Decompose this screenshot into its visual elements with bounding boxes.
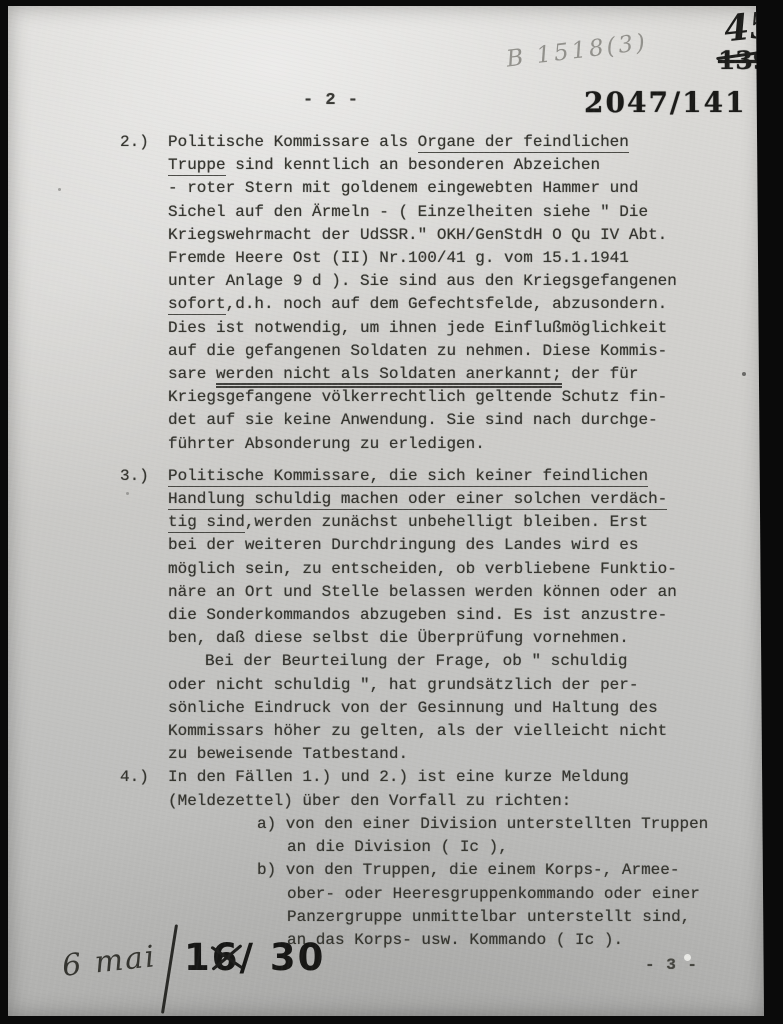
text-segment: In den Fällen 1.) und 2.) ist eine kurze… bbox=[168, 768, 629, 786]
text-line: ben, daß diese selbst die Überprüfung vo… bbox=[168, 627, 732, 650]
text-segment: näre an Ort und Stelle belassen werden k… bbox=[168, 583, 677, 601]
underlined-text: Handlung schuldig machen oder einer solc… bbox=[168, 490, 667, 510]
text-segment: sind kenntlich an besonderen Abzeichen bbox=[226, 156, 600, 174]
text-segment: det auf sie keine Anwendung. Sie sind na… bbox=[168, 411, 658, 429]
underlined-text: Politische Kommissare, die sich keiner f… bbox=[168, 467, 648, 487]
text-segment: Kommissars höher zu gelten, als der viel… bbox=[168, 722, 667, 740]
text-line: Kriegswehrmacht der UdSSR." OKH/GenStdH … bbox=[168, 224, 732, 247]
document-stamp-number: 2047/141 bbox=[584, 86, 747, 119]
underlined-text: sofort bbox=[168, 295, 226, 315]
text-segment: sönliche Eindruck von der Gesinnung und … bbox=[168, 699, 658, 717]
text-segment: Panzergruppe unmittelbar unterstellt sin… bbox=[287, 908, 690, 926]
text-line: Kriegsgefangene völkerrechtlich geltende… bbox=[168, 386, 732, 409]
text-line: bei der weiteren Durchdringung des Lande… bbox=[168, 534, 732, 557]
text-line: - roter Stern mit goldenem eingewebten H… bbox=[168, 177, 732, 200]
text-segment: b) von den Truppen, die einem Korps-, Ar… bbox=[257, 861, 679, 879]
text-line: Panzergruppe unmittelbar unterstellt sin… bbox=[287, 906, 732, 929]
text-line: (Meldezettel) über den Vorfall zu richte… bbox=[168, 790, 732, 813]
text-segment: Kriegsgefangene völkerrechtlich geltende… bbox=[168, 388, 667, 406]
paragraph: 2.)Politische Kommissare als Organe der … bbox=[120, 131, 732, 456]
paragraph: 3.)Politische Kommissare, die sich keine… bbox=[120, 465, 732, 767]
underlined-text: werden nicht als Soldaten anerkannt; bbox=[216, 365, 562, 388]
paragraph: 4.)In den Fällen 1.) und 2.) ist eine ku… bbox=[120, 766, 732, 952]
crossed-out-number: 139 bbox=[718, 46, 770, 75]
text-segment: Dies ist notwendig, um ihnen jede Einflu… bbox=[168, 319, 667, 337]
text-segment: a) von den einer Division unterstellten … bbox=[257, 815, 708, 833]
text-segment: führter Absonderung zu erledigen. bbox=[168, 435, 485, 453]
text-segment: an das Korps- usw. Kommando ( Ic ). bbox=[287, 931, 623, 949]
text-line: die Sonderkommandos abzugeben sind. Es i… bbox=[168, 604, 732, 627]
text-segment: oder nicht schuldig ", hat grundsätzlich… bbox=[168, 676, 638, 694]
text-line: sönliche Eindruck von der Gesinnung und … bbox=[168, 697, 732, 720]
text-segment: - roter Stern mit goldenem eingewebten H… bbox=[168, 179, 638, 197]
pencil-reference-note: B 1518(3) bbox=[505, 29, 649, 72]
text-line: Truppe sind kenntlich an besonderen Abze… bbox=[168, 154, 732, 177]
paragraph-number: 2.) bbox=[120, 131, 149, 154]
text-line: möglich sein, zu entscheiden, ob verblie… bbox=[168, 558, 732, 581]
underlined-text: Truppe bbox=[168, 156, 226, 176]
text-line: Politische Kommissare als Organe der fei… bbox=[168, 131, 732, 154]
text-line: führter Absonderung zu erledigen. bbox=[168, 433, 732, 456]
scan-speck bbox=[58, 188, 61, 191]
text-line: zu beweisende Tatbestand. bbox=[168, 743, 732, 766]
text-segment: Sichel auf den Ärmeln - ( Einzelheiten s… bbox=[168, 203, 648, 221]
handwritten-number-part2: / 30 bbox=[240, 936, 326, 979]
text-segment: der für bbox=[562, 365, 639, 383]
text-segment: Bei der Beurteilung der Frage, ob " schu… bbox=[205, 652, 627, 670]
text-line: Sichel auf den Ärmeln - ( Einzelheiten s… bbox=[168, 201, 732, 224]
page-number-top: - 2 - bbox=[303, 91, 359, 110]
handwritten-date-note: 6 mai bbox=[60, 939, 158, 984]
text-segment: (Meldezettel) über den Vorfall zu richte… bbox=[168, 792, 571, 810]
cross-out-mark: 6 bbox=[212, 936, 240, 979]
text-line: Handlung schuldig machen oder einer solc… bbox=[168, 488, 732, 511]
text-segment: möglich sein, zu entscheiden, ob verblie… bbox=[168, 560, 677, 578]
scan-frame: 45 139 B 1518(3) - 2 - 2047/141 2.)Polit… bbox=[0, 0, 783, 1024]
text-line: näre an Ort und Stelle belassen werden k… bbox=[168, 581, 732, 604]
text-line: det auf sie keine Anwendung. Sie sind na… bbox=[168, 409, 732, 432]
text-segment: auf die gefangenen Soldaten zu nehmen. D… bbox=[168, 342, 667, 360]
text-segment: ben, daß diese selbst die Überprüfung vo… bbox=[168, 629, 629, 647]
text-segment: unter Anlage 9 d ). Sie sind aus den Kri… bbox=[168, 272, 677, 290]
text-segment: ,werden zunächst unbehelligt bleiben. Er… bbox=[245, 513, 648, 531]
text-segment: bei der weiteren Durchdringung des Lande… bbox=[168, 536, 638, 554]
text-line: oder nicht schuldig ", hat grundsätzlich… bbox=[168, 674, 732, 697]
text-segment: an die Division ( Ic ), bbox=[287, 838, 508, 856]
underlined-text: Organe der feindlichen bbox=[418, 133, 629, 153]
text-line: b) von den Truppen, die einem Korps-, Ar… bbox=[257, 859, 732, 882]
text-line: sare werden nicht als Soldaten anerkannt… bbox=[168, 363, 732, 386]
text-line: ober- oder Heeresgruppenkommando oder ei… bbox=[287, 883, 732, 906]
text-line: unter Anlage 9 d ). Sie sind aus den Kri… bbox=[168, 270, 732, 293]
text-line: In den Fällen 1.) und 2.) ist eine kurze… bbox=[168, 766, 732, 789]
text-segment: Fremde Heere Ost (II) Nr.100/41 g. vom 1… bbox=[168, 249, 629, 267]
handwritten-page-number: 45 bbox=[722, 3, 776, 50]
text-line: an die Division ( Ic ), bbox=[287, 836, 732, 859]
handwritten-number-crossed: 6 bbox=[212, 936, 240, 979]
text-line: Kommissars höher zu gelten, als der viel… bbox=[168, 720, 732, 743]
text-line: Politische Kommissare, die sich keiner f… bbox=[168, 465, 732, 488]
text-line: a) von den einer Division unterstellten … bbox=[257, 813, 732, 836]
underlined-text: tig sind bbox=[168, 513, 245, 533]
text-segment: sare bbox=[168, 365, 216, 383]
text-segment: ,d.h. noch auf dem Gefechtsfelde, abzuso… bbox=[226, 295, 668, 313]
text-segment: ober- oder Heeresgruppenkommando oder ei… bbox=[287, 885, 700, 903]
text-line: Bei der Beurteilung der Frage, ob " schu… bbox=[205, 650, 732, 673]
paragraph-number: 4.) bbox=[120, 766, 149, 789]
text-segment: Politische Kommissare als bbox=[168, 133, 418, 151]
text-line: Dies ist notwendig, um ihnen jede Einflu… bbox=[168, 317, 732, 340]
handwritten-number-part1: 1 bbox=[184, 936, 212, 979]
text-line: Fremde Heere Ost (II) Nr.100/41 g. vom 1… bbox=[168, 247, 732, 270]
page-number-bottom: - 3 - bbox=[645, 956, 698, 974]
paragraph-number: 3.) bbox=[120, 465, 149, 488]
text-line: an das Korps- usw. Kommando ( Ic ). bbox=[287, 929, 732, 952]
text-line: sofort,d.h. noch auf dem Gefechtsfelde, … bbox=[168, 293, 732, 316]
text-line: tig sind,werden zunächst unbehelligt ble… bbox=[168, 511, 732, 534]
handwritten-number-note: 16/ 30 bbox=[184, 936, 325, 979]
text-segment: Kriegswehrmacht der UdSSR." OKH/GenStdH … bbox=[168, 226, 667, 244]
document-page: 45 139 B 1518(3) - 2 - 2047/141 2.)Polit… bbox=[8, 6, 764, 1016]
document-body-text: 2.)Politische Kommissare als Organe der … bbox=[120, 131, 732, 952]
scan-speck bbox=[742, 372, 746, 376]
text-segment: zu beweisende Tatbestand. bbox=[168, 745, 408, 763]
text-segment: die Sonderkommandos abzugeben sind. Es i… bbox=[168, 606, 667, 624]
text-line: auf die gefangenen Soldaten zu nehmen. D… bbox=[168, 340, 732, 363]
